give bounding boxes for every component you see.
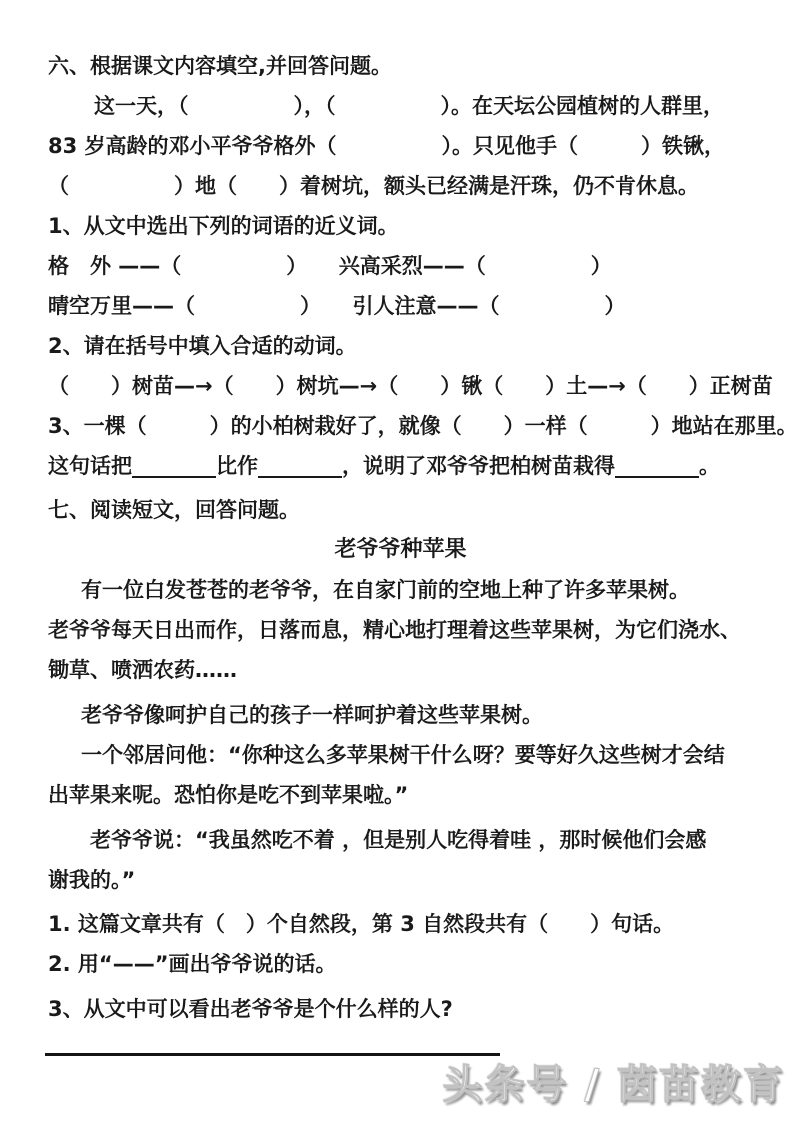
- reading-question: 2. 用“——”画出爷爷说的话。: [48, 944, 753, 984]
- passage-line: 谢我的。”: [48, 860, 753, 900]
- passage-line: 老爷爷每天日出而作，日落而息，精心地打理着这些苹果树，为它们浇水、: [48, 610, 753, 650]
- passage-line: 出苹果来呢。恐怕你是吃不到苹果啦。”: [48, 775, 753, 815]
- passage-line: 有一位白发苍苍的老爷爷，在自家门前的空地上种了许多苹果树。: [48, 570, 753, 610]
- subquestion-3-line: 3、一棵（ ）的小柏树栽好了，就像（ ）一样（ ）地站在那里。: [48, 406, 753, 446]
- fill-blank-line: 这一天，（ ），（ ）。在天坛公园植树的人群里，: [48, 86, 753, 126]
- worksheet-page: 六、根据课文内容填空,并回答问题。 这一天，（ ），（ ）。在天坛公园植树的人群…: [0, 0, 793, 1056]
- subquestion-3-compare-line: 这句话把________比作________，说明了邓爷爷把柏树苗栽得_____…: [48, 446, 753, 486]
- synonym-row: 晴空万里——（ ） 引人注意——（ ）: [48, 286, 753, 326]
- passage-line: 老爷爷像呵护自己的孩子一样呵护着这些苹果树。: [48, 695, 753, 735]
- passage-line: 一个邻居问他：“你种这么多苹果树干什么呀？要等好久这些树才会结: [48, 735, 753, 775]
- passage-line: 老爷爷说：“我虽然吃不着 ，但是别人吃得着哇 ，那时候他们会感: [48, 820, 753, 860]
- watermark: 头条号 / 茵苗教育: [443, 1053, 785, 1110]
- reading-question: 3、从文中可以看出老爷爷是个什么样的人?: [48, 989, 753, 1029]
- answer-writing-line: [45, 1053, 500, 1056]
- passage-title: 老爷爷种苹果: [48, 530, 753, 570]
- section-seven-heading: 七、阅读短文，回答问题。: [48, 490, 753, 530]
- synonym-row: 格 外 ——（ ） 兴高采烈——（ ）: [48, 246, 753, 286]
- subquestion-2-label: 2、请在括号中填入合适的动词。: [48, 326, 753, 366]
- reading-question: 1. 这篇文章共有（ ）个自然段，第 3 自然段共有（ ）句话。: [48, 904, 753, 944]
- subquestion-1-label: 1、从文中选出下列的词语的近义词。: [48, 206, 753, 246]
- section-six-heading: 六、根据课文内容填空,并回答问题。: [48, 46, 753, 86]
- verb-fill-line: （ ）树苗—→（ ）树坑—→（ ）锹（ ）土—→（ ）正树苗: [48, 366, 753, 406]
- fill-blank-line: （ ）地（ ）着树坑，额头已经满是汗珠，仍不肯休息。: [48, 166, 753, 206]
- passage-line: 锄草、喷洒农药……: [48, 650, 753, 690]
- fill-blank-line: 83 岁高龄的邓小平爷爷格外（ ）。只见他手（ ）铁锹，: [48, 126, 753, 166]
